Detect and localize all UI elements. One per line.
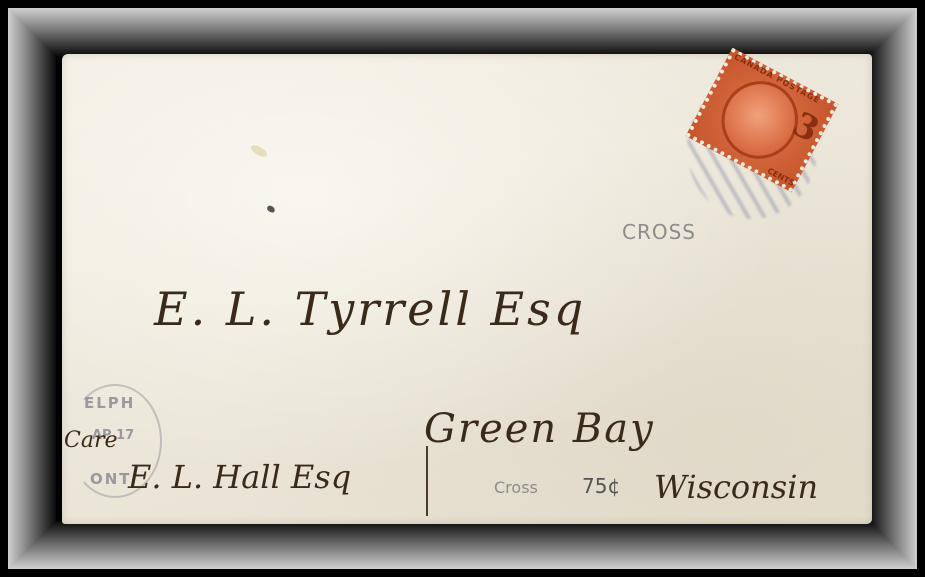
paper-stain [249,143,269,159]
postmark-town: ELPH [84,394,135,412]
address-state: Wisconsin [654,468,818,506]
pencil-note-cross-bottom: Cross [494,478,538,497]
frame-bevel-top [8,8,917,56]
ink-bracket [426,446,434,516]
addressee-name: E. L. Tyrrell Esq [154,282,586,336]
pencil-note-cross: CROSS [622,220,696,244]
pencil-price: 75¢ [582,474,620,498]
care-of-name: E. L. Hall Esq [128,458,351,496]
ink-spot [266,205,276,213]
frame-bevel-left [8,8,56,569]
envelope: CANADA POSTAGE 3 CENTS CROSS ELPH AP 17 … [62,54,872,524]
address-city: Green Bay [424,406,655,452]
frame-bevel-right [869,8,917,569]
care-label: Care [64,428,118,453]
postmark-province: ONT [90,470,132,488]
frame-bevel-bottom [8,521,917,569]
